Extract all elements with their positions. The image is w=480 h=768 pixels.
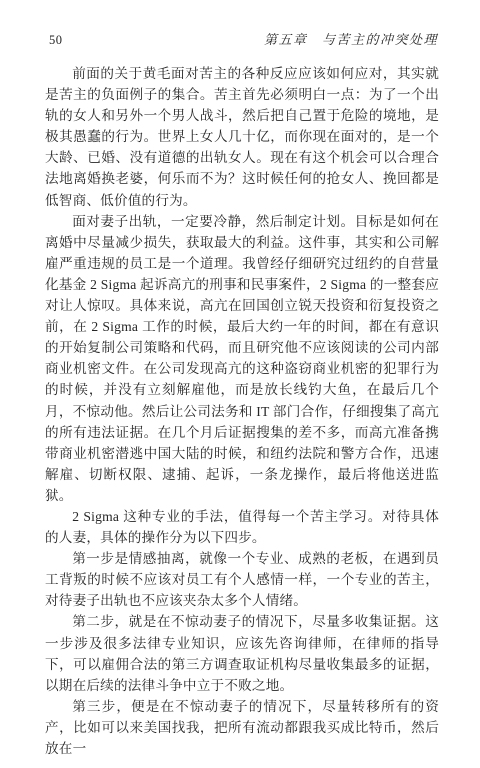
page-header: 50 第五章 与苦主的冲突处理 bbox=[49, 29, 438, 48]
paragraph-step-three: 第三步，便是在不惊动妻子的情况下，尽量转移所有的资产，比如可以来美国找我，把所有… bbox=[45, 696, 439, 759]
page-number: 50 bbox=[49, 33, 63, 48]
paragraph-step-one: 第一步是情感抽离，就像一个专业、成熟的老板，在遇到员工背叛的时候不应该对员工有个… bbox=[45, 548, 439, 611]
paragraph-four-steps-intro: 2 Sigma 这种专业的手法，值得每一个苦主学习。对待具体的人妻，具体的操作分… bbox=[45, 506, 439, 548]
page-body: 前面的关于黄毛面对苦主的各种反应应该如何应对，其实就是苦主的负面例子的集合。苦主… bbox=[45, 63, 439, 759]
paragraph-step-two: 第二步，就是在不惊动妻子的情况下，尽量多收集证据。这一步涉及很多法律专业知识，应… bbox=[45, 611, 439, 695]
chapter-title: 第五章 与苦主的冲突处理 bbox=[264, 29, 438, 48]
paragraph-plan-2sigma-case: 面对妻子出轨，一定要冷静，然后制定计划。目标是如何在离婚中尽量减少损失，获取最大… bbox=[45, 211, 439, 506]
paragraph-intro: 前面的关于黄毛面对苦主的各种反应应该如何应对，其实就是苦主的负面例子的集合。苦主… bbox=[45, 63, 439, 211]
book-page: 50 第五章 与苦主的冲突处理 前面的关于黄毛面对苦主的各种反应应该如何应对，其… bbox=[0, 0, 480, 768]
